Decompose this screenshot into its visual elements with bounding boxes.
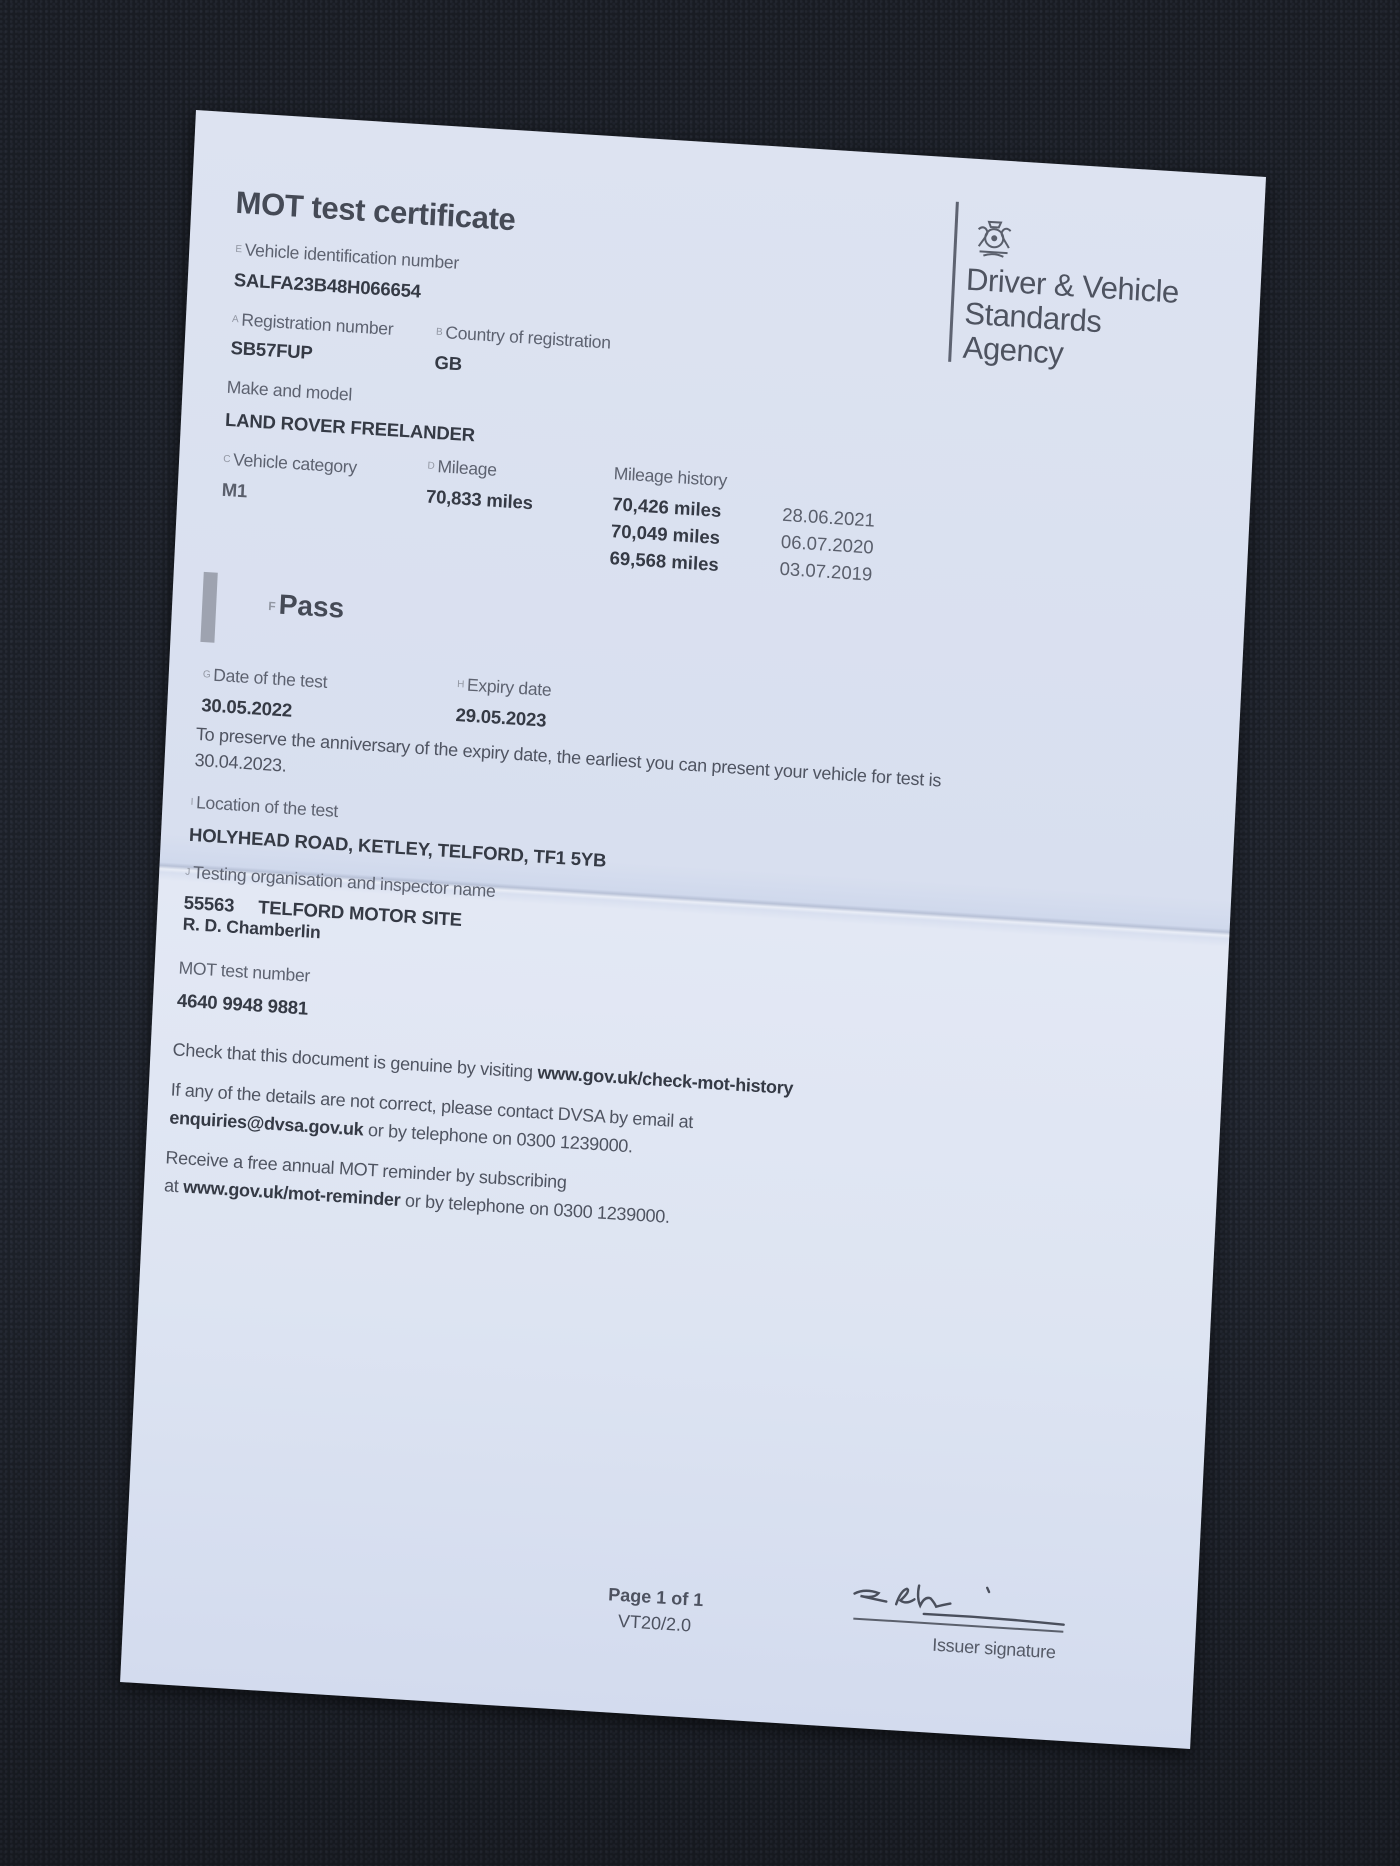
vin-label: EVehicle identification number <box>235 239 459 274</box>
country-label: BCountry of registration <box>436 322 612 354</box>
location-label: ILocation of the test <box>190 792 338 822</box>
reminder-phone-text: or by telephone on 0300 1239000. <box>400 1190 670 1227</box>
history-date: 06.07.2020 <box>780 531 874 559</box>
history-date: 28.06.2021 <box>782 504 876 532</box>
test-date-label-text: Date of the test <box>213 665 328 692</box>
royal-coat-of-arms-icon <box>969 211 1019 262</box>
earliest-test-date: 30.04.2023. <box>194 750 287 777</box>
vehicle-category-label: CVehicle category <box>223 449 358 478</box>
location-value: HOLYHEAD ROAD, KETLEY, TELFORD, TF1 5YB <box>189 824 607 872</box>
field-code-marker: B <box>436 327 443 338</box>
field-code-marker: A <box>232 314 239 325</box>
location-label-text: Location of the test <box>196 792 339 821</box>
field-code-marker: J <box>185 867 190 878</box>
page-number: Page 1 of 1 <box>595 1583 716 1612</box>
vin-value: SALFA23B48H066654 <box>233 269 421 303</box>
expiry-date-label: HExpiry date <box>457 674 552 701</box>
field-code-marker: G <box>203 669 211 680</box>
test-number-value: 4640 9948 9881 <box>177 990 309 1020</box>
mileage-value: 70,833 miles <box>426 486 534 515</box>
vehicle-category-label-text: Vehicle category <box>233 449 358 477</box>
genuine-check-prefix: Check that this document is genuine by v… <box>172 1039 538 1082</box>
registration-label-text: Registration number <box>241 309 394 339</box>
test-date-label: GDate of the test <box>202 664 327 693</box>
make-model-label: Make and model <box>226 377 352 406</box>
testing-org-id: 55563 <box>183 892 234 916</box>
agency-divider <box>948 202 959 362</box>
mileage-label-text: Mileage <box>437 456 497 480</box>
field-code-marker: C <box>223 454 230 465</box>
mot-reminder-link[interactable]: www.gov.uk/mot-reminder <box>183 1176 401 1210</box>
preserve-anniversary-note: To preserve the anniversary of the expir… <box>195 724 941 792</box>
result-indicator-bar <box>200 572 217 643</box>
test-result-text: Pass <box>278 589 345 624</box>
expiry-date-label-text: Expiry date <box>467 675 552 700</box>
vehicle-category-value: M1 <box>221 479 247 503</box>
registration-label: ARegistration number <box>232 309 394 340</box>
registration-value: SB57FUP <box>230 337 313 364</box>
country-label-text: Country of registration <box>445 322 611 352</box>
history-date: 03.07.2019 <box>779 558 873 586</box>
check-mot-history-link[interactable]: www.gov.uk/check-mot-history <box>537 1062 794 1098</box>
reminder-prefix: at <box>164 1175 184 1196</box>
mileage-history-label: Mileage history <box>613 463 727 491</box>
vin-label-text: Vehicle identification number <box>244 239 459 272</box>
mot-certificate-paper: MOT test certificate Driver & Vehicle St… <box>120 110 1266 1749</box>
field-code-marker: H <box>457 679 464 690</box>
make-model-value: LAND ROVER FREELANDER <box>225 409 476 447</box>
field-code-marker: D <box>427 461 434 472</box>
mileage-label: DMileage <box>427 456 497 481</box>
dvsa-email-link[interactable]: enquiries@dvsa.gov.uk <box>169 1107 364 1139</box>
agency-name: Driver & Vehicle Standards Agency <box>962 263 1179 378</box>
field-code-marker: I <box>190 797 193 808</box>
expiry-date-value: 29.05.2023 <box>455 704 547 732</box>
test-result: FPass <box>268 588 345 625</box>
form-code: VT20/2.0 <box>594 1609 715 1638</box>
issuer-signature-label: Issuer signature <box>932 1635 1056 1664</box>
page-title: MOT test certificate <box>235 185 516 239</box>
field-code-marker: F <box>268 599 276 613</box>
test-number-label: MOT test number <box>178 958 310 987</box>
field-code-marker: E <box>235 244 242 255</box>
test-date-value: 30.05.2022 <box>201 694 293 722</box>
country-value: GB <box>434 352 462 376</box>
history-miles: 70,426 miles <box>612 493 722 522</box>
mileage-history-table: 70,426 miles 28.06.2021 70,049 miles 06.… <box>608 493 932 603</box>
